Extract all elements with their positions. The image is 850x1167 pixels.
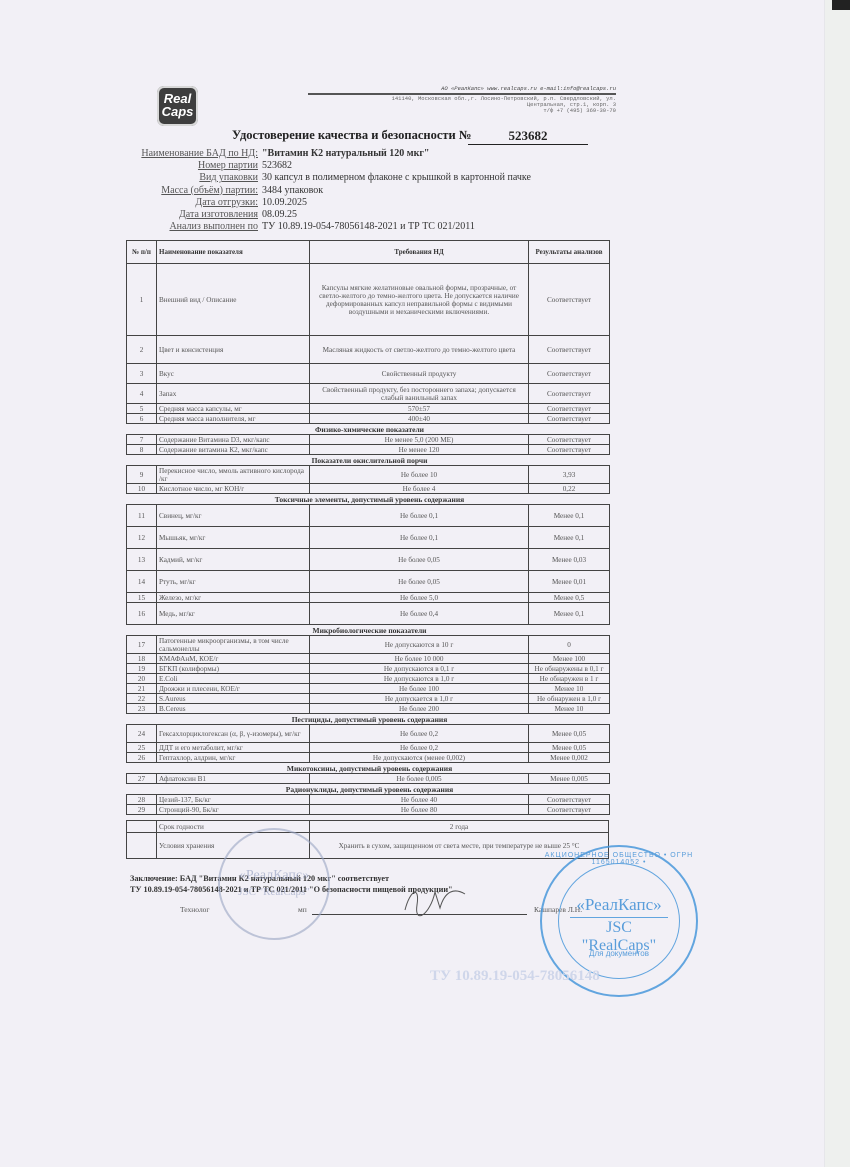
table-cell: Средняя масса капсулы, мг <box>157 404 310 414</box>
table-cell: 20 <box>127 674 157 684</box>
table-cell: Соответствует <box>529 435 610 445</box>
column-header: № п/п <box>127 241 157 264</box>
table-cell: 570±57 <box>310 404 529 414</box>
table-cell: Не более 0,2 <box>310 725 529 743</box>
table-row: 15Железо, мг/кгНе более 5,0Менее 0,5 <box>127 593 610 603</box>
table-cell: БГКП (колиформы) <box>157 664 310 674</box>
table-row: 10Кислотное число, мг КОН/гНе более 40,2… <box>127 484 610 494</box>
table-cell: Не более 100 <box>310 684 529 694</box>
table-cell: Не обнаружен в 1,0 г <box>529 694 610 704</box>
table-cell: 3,93 <box>529 466 610 484</box>
table-cell: 17 <box>127 636 157 654</box>
table-row: 8Содержание витамина К2, мкг/капсНе мене… <box>127 445 610 455</box>
table-cell: Менее 0,1 <box>529 603 610 625</box>
info-value: 523682 <box>262 160 292 172</box>
table-cell: Капсулы мягкие желатиновые овальной форм… <box>310 264 529 336</box>
table-cell: Внешний вид / Описание <box>157 264 310 336</box>
table-header: № п/пНаименование показателяТребования Н… <box>127 241 610 264</box>
table-cell: Соответствует <box>529 384 610 404</box>
table-cell: 27 <box>127 774 157 784</box>
info-value: 30 капсул в полимерном флаконе с крышкой… <box>262 172 531 184</box>
table-row: 24Гексахлорциклогексан (α, β, γ-изомеры)… <box>127 725 610 743</box>
table-cell: Менее 0,05 <box>529 725 610 743</box>
column-header: Наименование показателя <box>157 241 310 264</box>
table-cell: 0,22 <box>529 484 610 494</box>
table-row: 1Внешний вид / ОписаниеКапсулы мягкие же… <box>127 264 610 336</box>
table-cell: Не более 200 <box>310 704 529 714</box>
table-cell: Медь, мг/кг <box>157 603 310 625</box>
table-cell: 2 <box>127 336 157 364</box>
table-cell: Не более 0,4 <box>310 603 529 625</box>
table-row: 2Цвет и консистенцияМасляная жидкость от… <box>127 336 610 364</box>
table-cell: 9 <box>127 466 157 484</box>
section-title: Пестициды, допустимый уровень содержания <box>126 715 613 724</box>
table-cell: Не обнаружены в 0,1 г <box>529 664 610 674</box>
table-cell: 4 <box>127 384 157 404</box>
stamp-purpose: Для документов <box>542 949 696 958</box>
table-cell: Кислотное число, мг КОН/г <box>157 484 310 494</box>
table-row: 13Кадмий, мг/кгНе более 0,05Менее 0,03 <box>127 549 610 571</box>
table-row: 19БГКП (колиформы)Не допускаются в 0,1 г… <box>127 664 610 674</box>
section-title: Токсичные элементы, допустимый уровень с… <box>126 495 613 504</box>
table-cell: Соответствует <box>529 414 610 424</box>
table-cell: 3 <box>127 364 157 384</box>
table-cell: 1 <box>127 264 157 336</box>
table-row: 25ДДТ и его метаболит, мг/кгНе более 0,2… <box>127 743 610 753</box>
page-edge <box>824 0 850 1167</box>
table-cell: 21 <box>127 684 157 694</box>
table-cell: Не допускается в 1,0 г <box>310 694 529 704</box>
info-row: Дата изготовления08.09.25 <box>140 209 531 221</box>
info-label: Масса (объём) партии: <box>140 185 262 197</box>
table-cell <box>127 833 157 859</box>
info-label: Дата изготовления <box>140 209 262 221</box>
table-row: 28Цезий-137, Бк/кгНе более 40Соответству… <box>127 795 610 805</box>
table-cell: 10 <box>127 484 157 494</box>
results-table: № п/пНаименование показателяТребования Н… <box>126 240 610 424</box>
table-cell: Не более 0,005 <box>310 774 529 784</box>
table-cell: Афлатоксин B1 <box>157 774 310 784</box>
table-cell: Не более 10 <box>310 466 529 484</box>
signature-scribble <box>395 880 475 920</box>
info-value: 08.09.25 <box>262 209 297 221</box>
table-cell: Свинец, мг/кг <box>157 505 310 527</box>
table-cell: 5 <box>127 404 157 414</box>
table-cell: 2 года <box>310 821 609 833</box>
table-row: 29Стронций-90, Бк/кгНе более 80Соответст… <box>127 805 610 815</box>
table-cell: Гептахлор, алдрин, мг/кг <box>157 753 310 763</box>
contacts-line: АО «РеалКапс» www.realcaps.ru e-mail:inf… <box>308 86 616 95</box>
storage-table: Срок годности2 годаУсловия храненияХрани… <box>126 820 609 859</box>
table-cell: ДДТ и его метаболит, мг/кг <box>157 743 310 753</box>
table-cell: Соответствует <box>529 336 610 364</box>
table-cell: Менее 0,5 <box>529 593 610 603</box>
logo-line-2: Caps <box>157 105 198 118</box>
table-cell: Менее 0,1 <box>529 527 610 549</box>
signer-role: Технолог <box>180 905 210 914</box>
table-cell: Не более 40 <box>310 795 529 805</box>
results-table: 9Перекисное число, ммоль активного кисло… <box>126 465 610 494</box>
table-cell: 18 <box>127 654 157 664</box>
column-header: Результаты анализов <box>529 241 610 264</box>
table-cell: 24 <box>127 725 157 743</box>
section-title: Показатели окислительной порчи <box>126 456 613 465</box>
info-row: Вид упаковки30 капсул в полимерном флако… <box>140 172 531 184</box>
section-title: Физико-химические показатели <box>126 425 613 434</box>
table-cell: Не допускаются в 10 г <box>310 636 529 654</box>
table-row: 7Содержание Витамина D3, мкг/капсНе мене… <box>127 435 610 445</box>
table-cell: Менее 10 <box>529 704 610 714</box>
table-row: 9Перекисное число, ммоль активного кисло… <box>127 466 610 484</box>
info-row: Номер партии523682 <box>140 160 531 172</box>
info-label: Номер партии <box>140 160 262 172</box>
table-cell: 6 <box>127 414 157 424</box>
table-cell: 400±40 <box>310 414 529 424</box>
info-label: Анализ выполнен по <box>140 221 262 233</box>
table-cell: 12 <box>127 527 157 549</box>
info-row: Анализ выполнен поТУ 10.89.19-054-780561… <box>140 221 531 233</box>
table-cell: Менее 0,1 <box>529 505 610 527</box>
table-cell: Менее 0,005 <box>529 774 610 784</box>
table-cell: 22 <box>127 694 157 704</box>
table-cell: Кадмий, мг/кг <box>157 549 310 571</box>
info-value: 3484 упаковок <box>262 185 323 197</box>
info-value: ТУ 10.89.19-054-78056148-2021 и ТР ТС 02… <box>262 221 475 233</box>
info-label: Дата отгрузки: <box>140 197 262 209</box>
table-cell: S.Aureus <box>157 694 310 704</box>
stamp-ring-text: АКЦИОНЕРНОЕ ОБЩЕСТВО • ОГРН 1165014052 • <box>542 852 696 866</box>
table-cell: Менее 100 <box>529 654 610 664</box>
table-row: 18КМАФАнМ, КОЕ/гНе более 10 000Менее 100 <box>127 654 610 664</box>
table-cell: Не более 0,2 <box>310 743 529 753</box>
table-cell: Железо, мг/кг <box>157 593 310 603</box>
table-cell: 23 <box>127 704 157 714</box>
table-cell: Патогенные микроорганизмы, в том числе с… <box>157 636 310 654</box>
document-title: Удостоверение качества и безопасности № <box>232 128 471 143</box>
table-cell: Не допускаются в 0,1 г <box>310 664 529 674</box>
table-row: 4ЗапахСвойственный продукту, без посторо… <box>127 384 610 404</box>
table-cell: Не менее 120 <box>310 445 529 455</box>
info-value: 10.09.2025 <box>262 197 307 209</box>
table-cell: Не более 10 000 <box>310 654 529 664</box>
table-cell: Ртуть, мг/кг <box>157 571 310 593</box>
table-cell: Стронций-90, Бк/кг <box>157 805 310 815</box>
table-row: 5Средняя масса капсулы, мг570±57Соответс… <box>127 404 610 414</box>
table-row: 23B.CereusНе более 200Менее 10 <box>127 704 610 714</box>
table-cell: Запах <box>157 384 310 404</box>
table-cell: 7 <box>127 435 157 445</box>
table-cell: Менее 0,05 <box>529 743 610 753</box>
results-table: 17Патогенные микроорганизмы, в том числе… <box>126 635 610 714</box>
table-cell: Менее 10 <box>529 684 610 694</box>
table-cell: Соответствует <box>529 445 610 455</box>
table-row: 3ВкусСвойственный продуктуСоответствует <box>127 364 610 384</box>
table-row: 16Медь, мг/кгНе более 0,4Менее 0,1 <box>127 603 610 625</box>
info-row: Дата отгрузки:10.09.2025 <box>140 197 531 209</box>
table-cell: 26 <box>127 753 157 763</box>
table-cell: 15 <box>127 593 157 603</box>
info-row: Наименование БАД по НД:"Витамин К2 натур… <box>140 148 531 160</box>
results-table: 28Цезий-137, Бк/кгНе более 40Соответству… <box>126 794 610 815</box>
table-row: Условия храненияХранить в сухом, защищен… <box>127 833 609 859</box>
table-cell: E.Coli <box>157 674 310 684</box>
table-cell: Средняя масса наполнителя, мг <box>157 414 310 424</box>
table-cell: 25 <box>127 743 157 753</box>
table-cell: Цвет и консистенция <box>157 336 310 364</box>
table-cell: Мышьяк, мг/кг <box>157 527 310 549</box>
table-cell: Не допускаются в 1,0 г <box>310 674 529 684</box>
table-cell: 0 <box>529 636 610 654</box>
info-label: Вид упаковки <box>140 172 262 184</box>
info-value: "Витамин К2 натуральный 120 мкг" <box>262 148 429 160</box>
table-row: 11Свинец, мг/кгНе более 0,1Менее 0,1 <box>127 505 610 527</box>
section-title: Микробиологические показатели <box>126 626 613 635</box>
scan-corner <box>832 0 850 10</box>
table-cell: Дрожжи и плесени, КОЕ/г <box>157 684 310 694</box>
table-row: 17Патогенные микроорганизмы, в том числе… <box>127 636 610 654</box>
table-cell: 14 <box>127 571 157 593</box>
table-cell: Менее 0,01 <box>529 571 610 593</box>
table-cell: Соответствует <box>529 264 610 336</box>
realcaps-logo: Real Caps <box>157 86 198 126</box>
table-cell: Цезий-137, Бк/кг <box>157 795 310 805</box>
table-cell: Содержание Витамина D3, мкг/капс <box>157 435 310 445</box>
table-row: 14Ртуть, мг/кгНе более 0,05Менее 0,01 <box>127 571 610 593</box>
table-cell: Соответствует <box>529 805 610 815</box>
results-table: 11Свинец, мг/кгНе более 0,1Менее 0,112Мы… <box>126 504 610 625</box>
bleed-through-text: ТУ 10.89.19-054-78056148 <box>430 968 600 985</box>
table-cell: Не допускаются (менее 0,002) <box>310 753 529 763</box>
table-cell: Не более 0,1 <box>310 527 529 549</box>
table-cell: Соответствует <box>529 404 610 414</box>
table-cell: 28 <box>127 795 157 805</box>
table-row: 27Афлатоксин B1Не более 0,005Менее 0,005 <box>127 774 610 784</box>
info-row: Масса (объём) партии: 3484 упаковок <box>140 185 531 197</box>
table-cell: 11 <box>127 505 157 527</box>
table-cell: Не обнаружен в 1 г <box>529 674 610 684</box>
info-label: Наименование БАД по НД: <box>140 148 262 160</box>
table-row: 22S.AureusНе допускается в 1,0 гНе обнар… <box>127 694 610 704</box>
table-cell: 29 <box>127 805 157 815</box>
table-cell: Менее 0,03 <box>529 549 610 571</box>
table-cell: Не более 80 <box>310 805 529 815</box>
column-header: Требования НД <box>310 241 529 264</box>
table-row: 12Мышьяк, мг/кгНе более 0,1Менее 0,1 <box>127 527 610 549</box>
table-cell: Перекисное число, ммоль активного кислор… <box>157 466 310 484</box>
table-cell: 8 <box>127 445 157 455</box>
stamp-name-ru: «РеалКапс» <box>542 895 696 915</box>
table-cell: Свойственный продукту <box>310 364 529 384</box>
table-row: 26Гептахлор, алдрин, мг/кгНе допускаются… <box>127 753 610 763</box>
certificate-number: 523682 <box>468 128 588 145</box>
table-cell: Не более 0,1 <box>310 505 529 527</box>
table-cell: Не менее 5,0 (200 МЕ) <box>310 435 529 445</box>
product-info: Наименование БАД по НД:"Витамин К2 натур… <box>140 148 531 233</box>
table-row: Срок годности2 года <box>127 821 609 833</box>
table-cell: Не более 0,05 <box>310 549 529 571</box>
table-cell: Масляная жидкость от светло-желтого до т… <box>310 336 529 364</box>
table-cell <box>127 821 157 833</box>
table-cell: B.Cereus <box>157 704 310 714</box>
table-row: 20E.ColiНе допускаются в 1,0 гНе обнаруж… <box>127 674 610 684</box>
table-row: 21Дрожжи и плесени, КОЕ/гНе более 100Мен… <box>127 684 610 694</box>
section-title: Радионуклиды, допустимый уровень содержа… <box>126 785 613 794</box>
stamp-text: JSC "RealCaps" <box>220 886 328 898</box>
company-stamp-faded: «РеалКапс» JSC "RealCaps" <box>218 828 330 940</box>
table-cell: КМАФАнМ, КОЕ/г <box>157 654 310 664</box>
table-cell: Соответствует <box>529 795 610 805</box>
table-cell: Не более 0,05 <box>310 571 529 593</box>
table-cell: Содержание витамина К2, мкг/капс <box>157 445 310 455</box>
table-cell: 16 <box>127 603 157 625</box>
results-table: 24Гексахлорциклогексан (α, β, γ-изомеры)… <box>126 724 610 763</box>
table-cell: 19 <box>127 664 157 674</box>
table-cell: Вкус <box>157 364 310 384</box>
contacts-line: т/ф +7 (495) 369-30-70 <box>308 108 616 114</box>
stamp-text: «РеалКапс» <box>220 868 328 884</box>
table-cell: Менее 0,002 <box>529 753 610 763</box>
table-cell: Не более 4 <box>310 484 529 494</box>
table-cell: Свойственный продукту, без постороннего … <box>310 384 529 404</box>
table-row: 6Средняя масса наполнителя, мг400±40Соот… <box>127 414 610 424</box>
company-contacts: АО «РеалКапс» www.realcaps.ru e-mail:inf… <box>308 86 616 114</box>
table-cell: Соответствует <box>529 364 610 384</box>
section-title: Микотоксины, допустимый уровень содержан… <box>126 764 613 773</box>
results-table: 7Содержание Витамина D3, мкг/капсНе мене… <box>126 434 610 455</box>
table-cell: 13 <box>127 549 157 571</box>
table-cell: Не более 5,0 <box>310 593 529 603</box>
table-cell: Гексахлорциклогексан (α, β, γ-изомеры), … <box>157 725 310 743</box>
results-table: 27Афлатоксин B1Не более 0,005Менее 0,005 <box>126 773 610 784</box>
